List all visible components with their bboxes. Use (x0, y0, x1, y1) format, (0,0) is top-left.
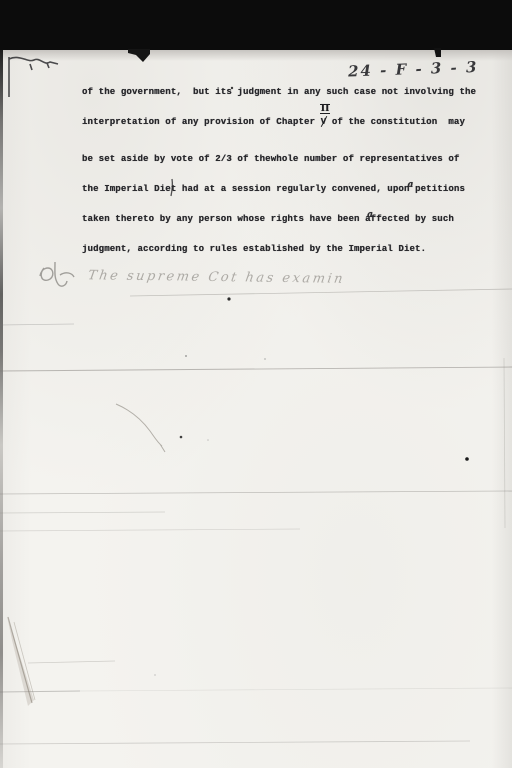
typed-line-2-before: interpretation of any provision of Chapt… (82, 117, 321, 127)
typed-line-6: judgment, according to rules established… (82, 243, 426, 255)
typed-line-2-after: of the constitution may (326, 117, 465, 127)
typed-line-5: taken thereto by any person whose rights… (82, 213, 454, 225)
typed-line-1: of the government, but its judgment in a… (82, 86, 476, 98)
typed-line-3: be set aside by vote of 2/3 of thewhole … (82, 153, 459, 165)
scan-border-left (0, 50, 3, 768)
typed-line-4: the Imperial Diet had at a session regul… (82, 183, 465, 195)
typed-line-5-after: affected by such (365, 214, 454, 224)
typed-line-4-before: the Imperial Diet had at a session regul… (82, 184, 410, 194)
typed-line-5-before: taken thereto by any person whose rights… (82, 214, 365, 224)
handwritten-insert-chapter-number: II (320, 104, 331, 114)
strikethrough-character: VII (321, 116, 327, 128)
insert-a-text: a (408, 180, 414, 190)
struck-char-text: V (321, 117, 327, 127)
scan-border-top (0, 0, 512, 50)
scanned-document-page: 24 - F - 3 - 3 of the government, but it… (0, 0, 512, 768)
typed-line-4-after: petitions (410, 184, 466, 194)
typed-line-2: interpretation of any provision of Chapt… (82, 116, 465, 128)
insert-a-text: a (367, 210, 373, 220)
